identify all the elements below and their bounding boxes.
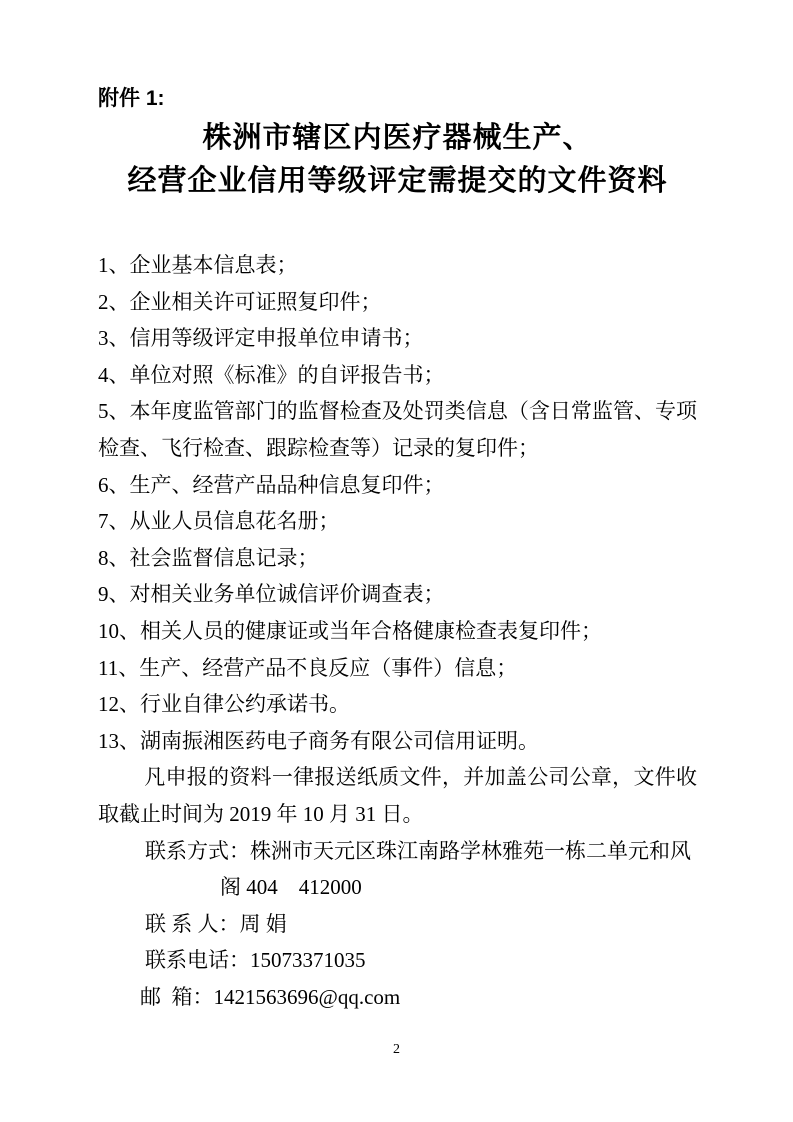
list-item: 6、生产、经营产品品种信息复印件； xyxy=(98,467,697,504)
document-title-line-2: 经营企业信用等级评定需提交的文件资料 xyxy=(98,160,697,203)
list-item: 1、企业基本信息表； xyxy=(98,247,697,284)
document-content: 附件 1: 株洲市辖区内医疗器械生产、 经营企业信用等级评定需提交的文件资料 1… xyxy=(0,0,793,1015)
document-title: 株洲市辖区内医疗器械生产、 经营企业信用等级评定需提交的文件资料 xyxy=(98,117,697,203)
list-item: 2、企业相关许可证照复印件； xyxy=(98,284,697,321)
list-item: 4、单位对照《标准》的自评报告书； xyxy=(98,357,697,394)
document-page: 附件 1: 株洲市辖区内医疗器械生产、 经营企业信用等级评定需提交的文件资料 1… xyxy=(0,0,793,1122)
contact-method-line-1: 联系方式：株洲市天元区珠江南路学林雅苑一栋二单元和风 xyxy=(98,833,697,870)
attachment-label: 附件 1: xyxy=(98,80,697,117)
contact-method-line-2: 阁 404 412000 xyxy=(98,869,697,906)
list-item: 11、生产、经营产品不良反应（事件）信息； xyxy=(98,650,697,687)
contact-phone: 联系电话：15073371035 xyxy=(98,942,697,979)
contact-info: 联系方式：株洲市天元区珠江南路学林雅苑一栋二单元和风 阁 404 412000 … xyxy=(98,833,697,1016)
list-item: 10、相关人员的健康证或当年合格健康检查表复印件； xyxy=(98,613,697,650)
list-item: 3、信用等级评定申报单位申请书； xyxy=(98,320,697,357)
list-item: 9、对相关业务单位诚信评价调查表； xyxy=(98,576,697,613)
required-documents-list: 1、企业基本信息表； 2、企业相关许可证照复印件； 3、信用等级评定申报单位申请… xyxy=(98,247,697,759)
closing-paragraph: 凡申报的资料一律报送纸质文件，并加盖公司公章，文件收取截止时间为 2019 年 … xyxy=(98,759,697,832)
list-item: 13、湖南振湘医药电子商务有限公司信用证明。 xyxy=(98,723,697,760)
list-item: 12、行业自律公约承诺书。 xyxy=(98,686,697,723)
page-number: 2 xyxy=(0,1042,793,1058)
contact-person: 联 系 人：周 娟 xyxy=(98,906,697,943)
document-title-line-1: 株洲市辖区内医疗器械生产、 xyxy=(98,117,697,160)
contact-email: 邮 箱：1421563696@qq.com xyxy=(98,979,697,1016)
list-item: 7、从业人员信息花名册； xyxy=(98,503,697,540)
list-item: 5、本年度监管部门的监督检查及处罚类信息（含日常监管、专项检查、飞行检查、跟踪检… xyxy=(98,393,697,466)
list-item: 8、社会监督信息记录； xyxy=(98,540,697,577)
